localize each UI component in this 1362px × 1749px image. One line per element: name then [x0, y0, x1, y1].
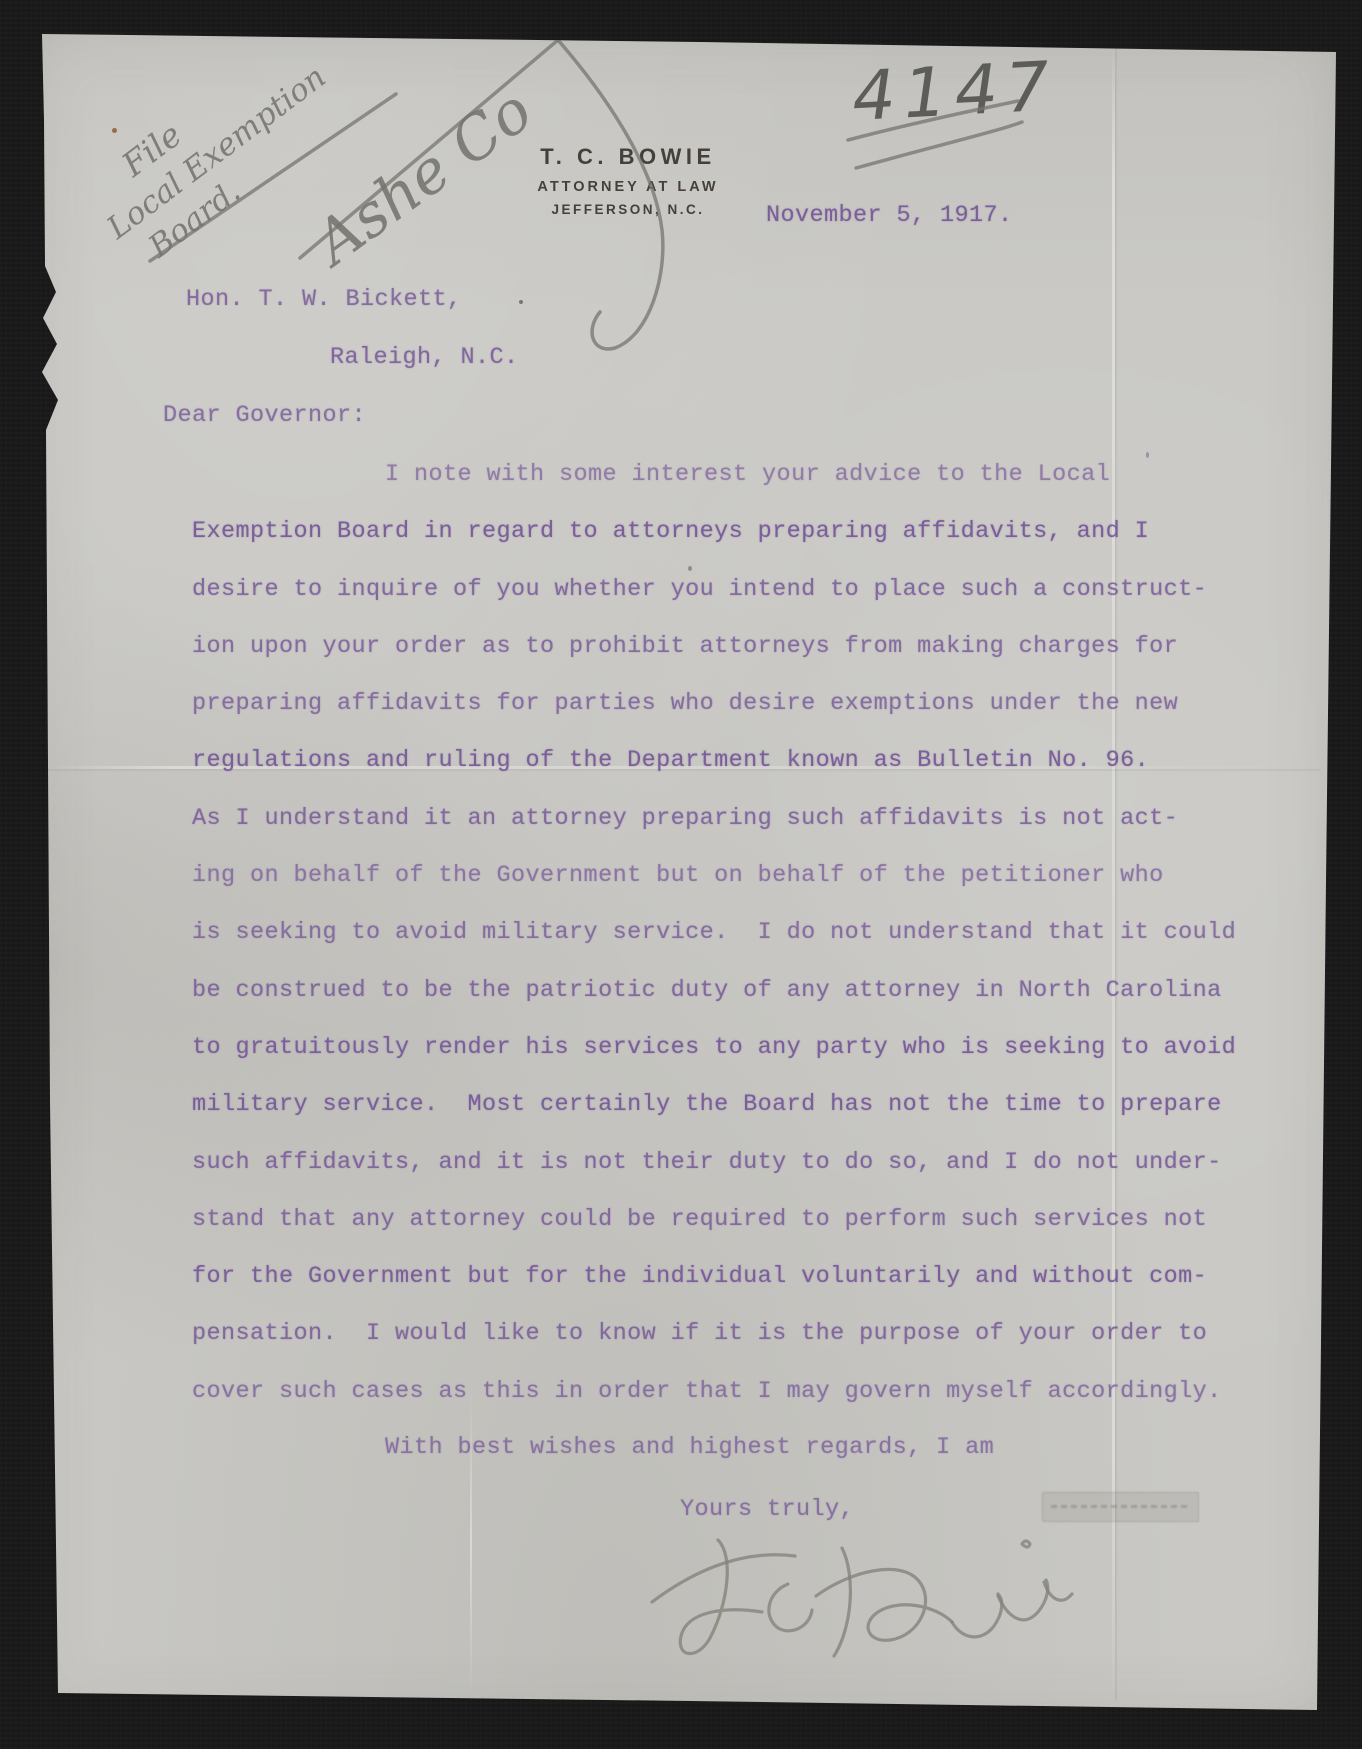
file-note-underline-stroke: [150, 94, 396, 261]
body-line: regulations and ruling of the Department…: [192, 732, 1236, 789]
body-line: cover such cases as this in order that I…: [192, 1363, 1236, 1420]
body-line: to gratuitously render his services to a…: [192, 1019, 1236, 1076]
body-line: stand that any attorney could be require…: [192, 1191, 1236, 1248]
archive-number: 4147: [850, 47, 1059, 137]
body-line: As I understand it an attorney preparing…: [192, 790, 1236, 847]
body-line: preparing affidavits for parties who des…: [192, 675, 1236, 732]
letterhead-name: T. C. BOWIE: [468, 144, 788, 170]
body-line: desire to inquire of you whether you int…: [192, 561, 1236, 618]
body-line: is seeking to avoid military service. I …: [192, 904, 1236, 961]
archive-number-underline-2: [856, 122, 1022, 168]
body-line: I note with some interest your advice to…: [192, 446, 1236, 503]
closing-regards-line: With best wishes and highest regards, I …: [385, 1434, 994, 1461]
letterhead: T. C. BOWIE ATTORNEY AT LAW JEFFERSON, N…: [468, 144, 788, 217]
file-note-line-1: File: [114, 115, 189, 185]
recipient-city-line: Raleigh, N.C.: [330, 344, 519, 371]
body-line: military service. Most certainly the Boa…: [192, 1076, 1236, 1133]
salutation: Dear Governor:: [163, 402, 366, 429]
letterhead-profession: ATTORNEY AT LAW: [468, 179, 788, 195]
date-line: November 5, 1917.: [766, 202, 1013, 229]
archive-number-annotation: 4147: [850, 47, 1059, 137]
file-note-line-3: Board.: [141, 173, 247, 265]
body-line: ing on behalf of the Government but on b…: [192, 847, 1236, 904]
body-line: be construed to be the patriotic duty of…: [192, 962, 1236, 1019]
archive-number-underline-1: [848, 101, 1018, 140]
recipient-name-line: Hon. T. W. Bickett,: [186, 286, 462, 313]
body-line: such affidavits, and it is not their dut…: [192, 1134, 1236, 1191]
body-line: for the Government but for the individua…: [192, 1248, 1236, 1305]
body-line: pensation. I would like to know if it is…: [192, 1305, 1236, 1362]
letter-body: I note with some interest your advice to…: [192, 446, 1236, 1420]
letterhead-location: JEFFERSON, N.C.: [468, 202, 788, 217]
file-note-annotation: File Local Exemption Board.: [74, 25, 357, 279]
paper-stain: [519, 300, 523, 304]
letter-paper: T. C. BOWIE ATTORNEY AT LAW JEFFERSON, N…: [0, 0, 1362, 1749]
scanned-letter-photo: T. C. BOWIE ATTORNEY AT LAW JEFFERSON, N…: [0, 0, 1362, 1749]
file-note-line-2: Local Exemption: [100, 59, 333, 247]
body-line: ion upon your order as to prohibit attor…: [192, 618, 1236, 675]
signature: [652, 1540, 1072, 1656]
body-line: Exemption Board in regard to attorneys p…: [192, 503, 1236, 560]
faded-stamp: [1042, 1492, 1199, 1522]
valediction-line: Yours truly,: [680, 1496, 854, 1523]
paper-stain: [112, 128, 117, 133]
